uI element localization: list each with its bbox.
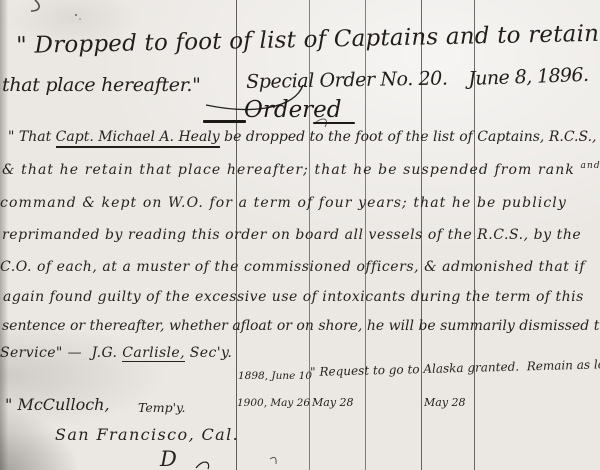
underlined-name-carlisle: Carlisle, [122, 345, 185, 362]
inserted-word-and: and [580, 161, 600, 171]
ledger-note-alaska: " Request to go to Alaska granted. Remai… [310, 358, 600, 379]
heading-dropped-line: " Dropped to foot of list of Captains an… [16, 22, 599, 58]
body-line-4: reprimanded by reading this order on boa… [2, 228, 581, 243]
body-line-5: C.O. of each, at a muster of the commiss… [0, 260, 585, 275]
heading-date: June 8, 1896. [468, 66, 589, 90]
body-line-8-signature: Service" — J.G. Carlisle, Sec'y. [0, 346, 232, 361]
body-line-3: command & kept on W.O. for a term of fou… [0, 196, 567, 211]
body-line-2-main: & that he retain that place hereafter; t… [2, 162, 580, 178]
ledger-note-may28-col2: May 28 [312, 397, 354, 409]
underlined-name-healy: Capt. Michael A. Healy [56, 129, 220, 148]
vessel-name-mcculloch: " McCulloch, [5, 397, 110, 414]
body-line-6: again found guilty of the excessive use … [3, 290, 584, 305]
heading-special-order: Special Order No. 20. [246, 69, 448, 92]
assignment-tempy: Temp'y. [138, 401, 185, 414]
place-san-francisco: San Francisco, Cal. [55, 427, 239, 444]
body-line-7: sentence or thereafter, whether afloat o… [2, 319, 600, 334]
body-line-1-suffix: be dropped to the foot of the list of Ca… [220, 129, 597, 145]
ledger-note-may28-col4: May 28 [424, 397, 466, 409]
scanned-ledger-document: " Dropped to foot of list of Captains an… [0, 0, 600, 470]
body-line-1-prefix: " That [8, 129, 56, 145]
ordered-right-dash [313, 122, 355, 124]
ordered-left-dash [203, 120, 246, 123]
body-line-2: & that he retain that place hereafter; t… [2, 163, 600, 178]
heading-place-hereafter: that place hereafter." [2, 76, 201, 96]
body-line-1: " That Capt. Michael A. Healy be dropped… [8, 130, 596, 145]
body-line-8-suffix: Sec'y. [185, 345, 232, 361]
ledger-date-1900: 1900, May 26 [237, 398, 310, 409]
partial-cut-off-letter: D [160, 448, 177, 470]
ordered-heading: Ordered [244, 98, 342, 122]
ledger-date-1898: 1898, June 10 [238, 371, 312, 382]
body-line-8-prefix: Service" — J.G. [0, 345, 122, 361]
